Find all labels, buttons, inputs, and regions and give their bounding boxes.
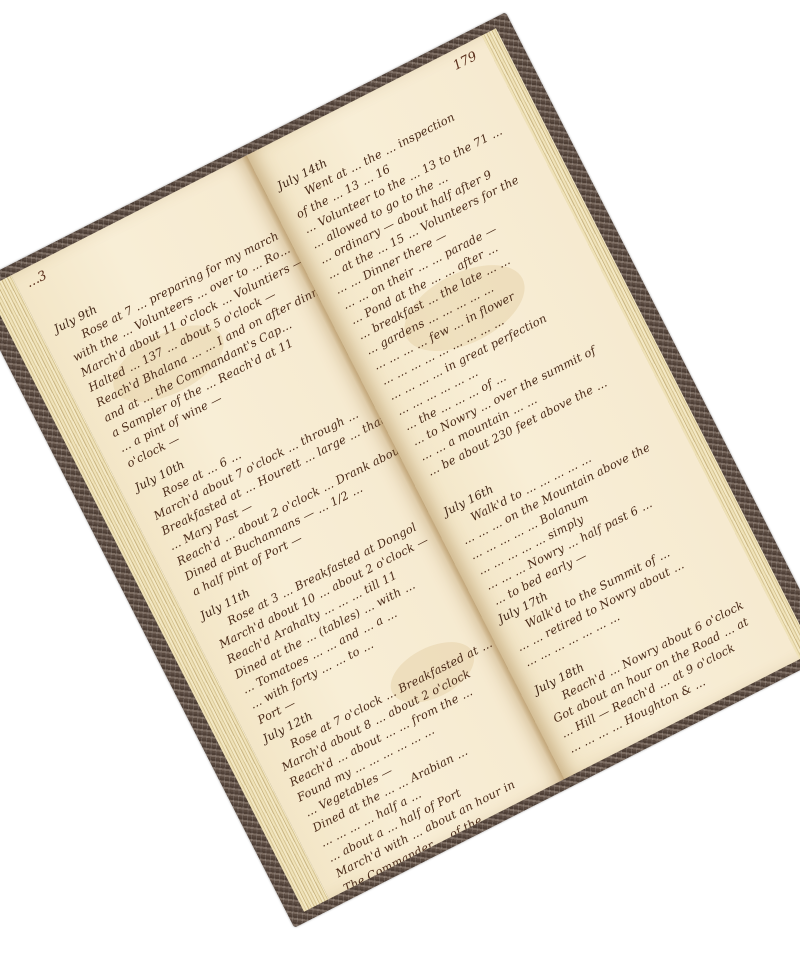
- folio-number: …3: [24, 268, 50, 291]
- open-journal: …3 July 9th Rose at 7 … preparing for my…: [0, 31, 800, 909]
- folio-number: 179: [451, 49, 480, 74]
- photo-scene: …3 July 9th Rose at 7 … preparing for my…: [0, 0, 800, 979]
